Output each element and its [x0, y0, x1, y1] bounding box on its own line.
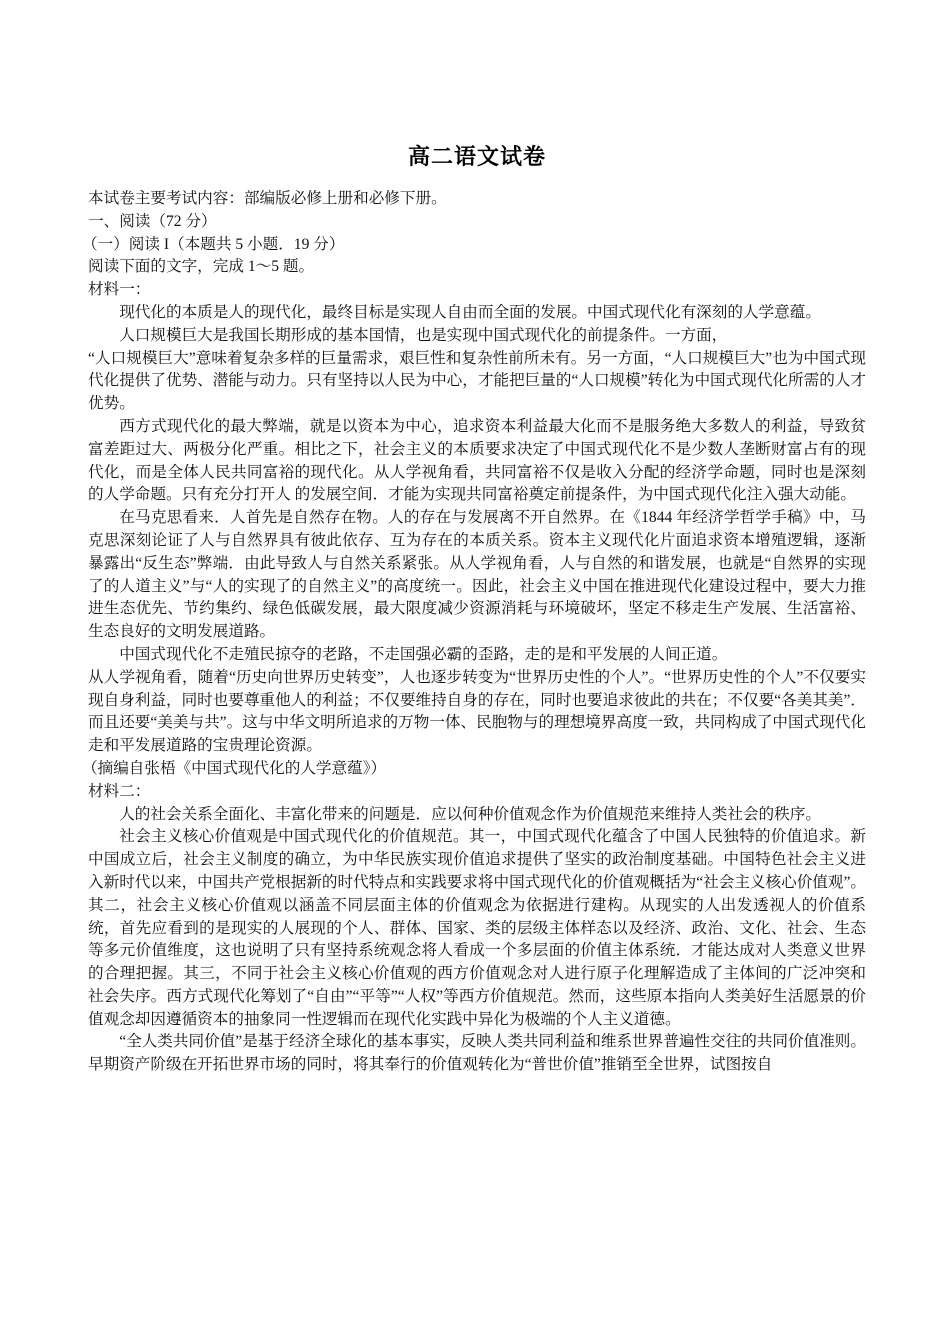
paragraph: 从人学视角看，随着“历史向世界历史转变”，人也逐步转变为“世界历史性的个人”。“… [88, 667, 866, 758]
paragraph: 在马克思看来．人首先是自然存在物。人的存在与发展离不开自然界。在《1844 年经… [88, 507, 866, 644]
exam-scope-text: 本试卷主要考试内容：部编版必修上册和必修下册。 [88, 188, 866, 211]
paragraph: 现代化的本质是人的现代化，最终目标是实现人自由而全面的发展。中国式现代化有深刻的… [88, 302, 866, 325]
material-2-label: 材料二： [88, 781, 866, 804]
source-citation: （摘编自张梧《中国式现代化的人学意蕴》） [82, 758, 866, 781]
paragraph: “人口规模巨大”意味着复杂多样的巨量需求，艰巨性和复杂性前所未有。另一方面，“人… [88, 348, 866, 416]
page-title: 高二语文试卷 [88, 143, 866, 173]
paragraph: 中国式现代化不走殖民掠夺的老路，不走国强必霸的歪路，走的是和平发展的人间正道。 [88, 644, 866, 667]
document-body: 本试卷主要考试内容：部编版必修上册和必修下册。 一、阅读（72 分） （一）阅读… [88, 188, 866, 1077]
subsection-heading: （一）阅读 I（本题共 5 小题．19 分） [82, 234, 866, 257]
material-1-label: 材料一： [88, 279, 866, 302]
paragraph: 人的社会关系全面化、丰富化带来的问题是．应以何种价值观念作为价值规范来维持人类社… [88, 804, 866, 827]
section-heading: 一、阅读（72 分） [88, 211, 866, 234]
paragraph: 人口规模巨大是我国长期形成的基本国情，也是实现中国式现代化的前提条件。一方面， [88, 325, 866, 348]
instruction-text: 阅读下面的文字，完成 1～5 题。 [88, 256, 866, 279]
paragraph: 西方式现代化的最大弊端，就是以资本为中心，追求资本利益最大化而不是服务绝大多数人… [88, 416, 866, 507]
paragraph: 社会主义核心价值观是中国式现代化的价值规范。其一，中国式现代化蕴含了中国人民独特… [88, 826, 866, 1031]
paragraph: “全人类共同价值”是基于经济全球化的基本事实，反映人类共同利益和维系世界普遍性交… [88, 1031, 866, 1077]
